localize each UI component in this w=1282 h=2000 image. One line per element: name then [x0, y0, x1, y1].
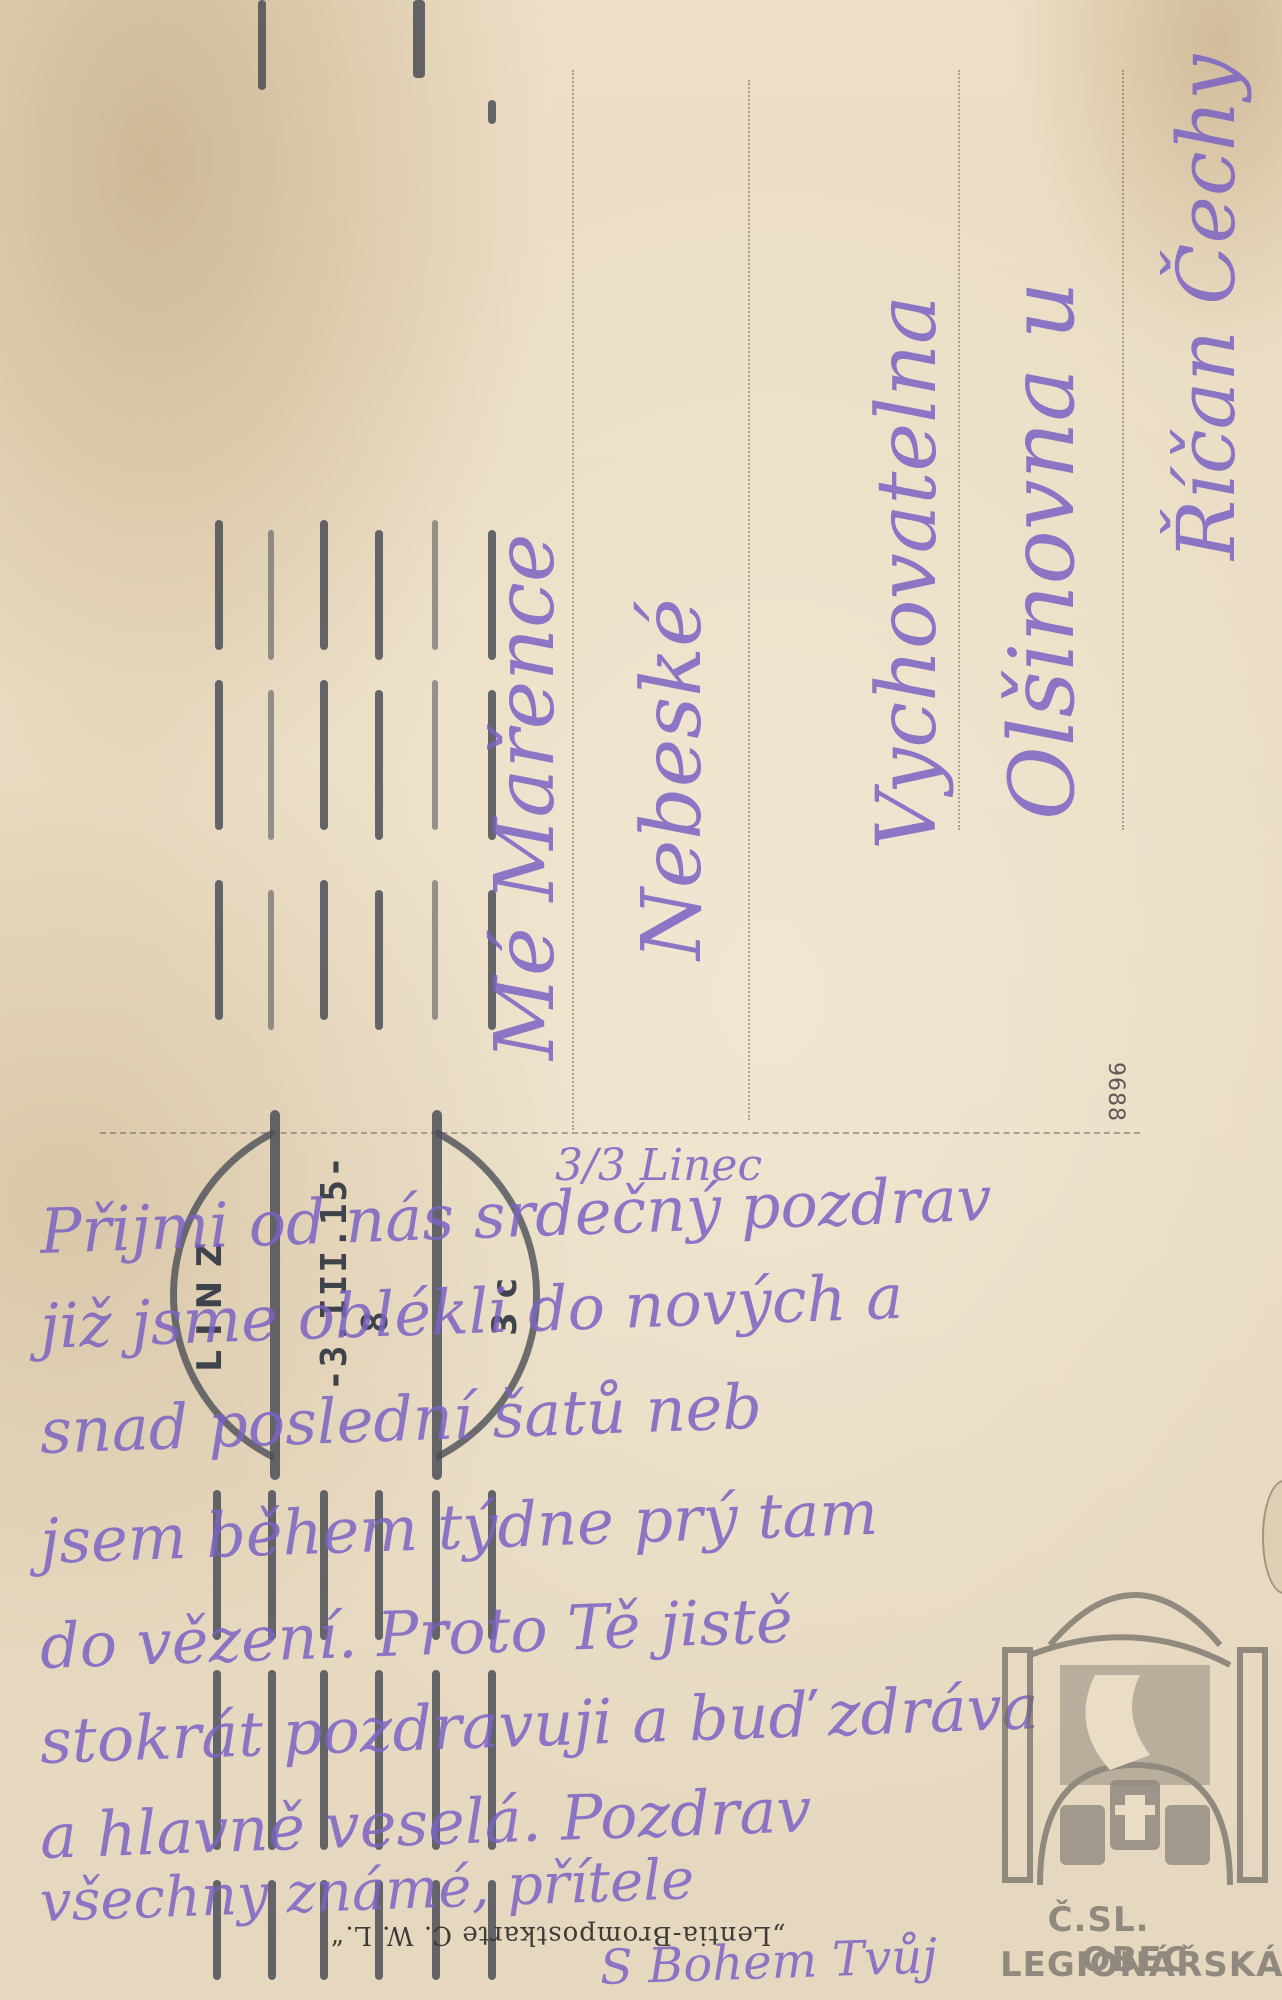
soldier-helmet-icon	[1000, 1555, 1270, 1915]
logo-line-2: LEGIONÁŘSKÁ	[1000, 1945, 1270, 1985]
postcard: LINZ -3.III.15-8 3c Mé Mařence Nebeské V…	[0, 0, 1282, 2000]
address-line-2: Nebeské	[625, 598, 720, 960]
message-line: jsem během týdne prý tam	[39, 1476, 879, 1578]
address-line-3: Vychovatelna	[860, 295, 955, 850]
address-divider-4	[1122, 70, 1124, 830]
address-line-1: Mé Mařence	[478, 534, 573, 1060]
address-line-4: Olšinovna u	[990, 281, 1095, 820]
serial-number: 9688	[1103, 1062, 1128, 1122]
message-line: již jsme oblékli do nových a	[39, 1260, 905, 1363]
message-line: stokrát pozdravuji a buď zdráva	[39, 1670, 1040, 1778]
message-line: do vězení. Proto Tě jistě	[39, 1584, 794, 1683]
address-divider-3	[958, 70, 960, 830]
logo-text-left: Č.SL.	[1048, 1900, 1150, 1940]
publisher-imprint: „Lentia-Brompostkarte C. W. L.“	[330, 1920, 786, 1950]
message-line: snad poslední šatů neb	[39, 1370, 763, 1468]
address-divider-2	[748, 80, 750, 1120]
legion-logo-watermark: Č.SL. OBEC LEGIONÁŘSKÁ	[1000, 1555, 1270, 1985]
address-line-5: Říčan Čechy	[1160, 55, 1253, 560]
